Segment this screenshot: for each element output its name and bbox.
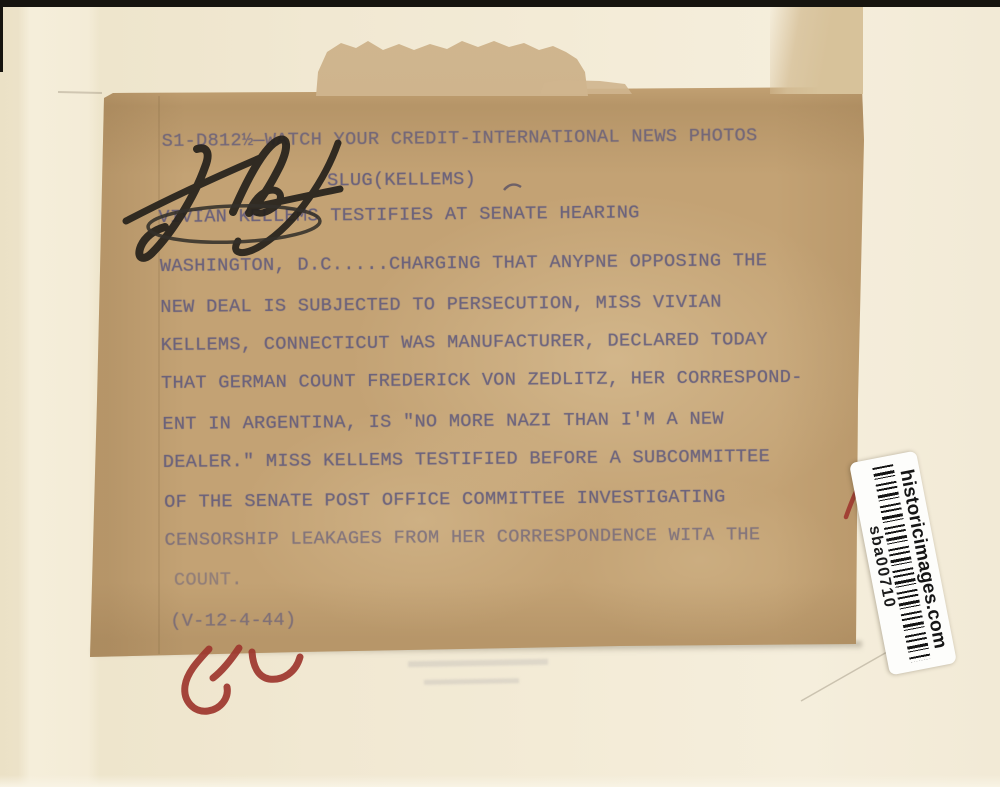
caption-line: OF THE SENATE POST OFFICE COMMITTEE INVE…	[164, 487, 726, 513]
typed-caption: S1-D812½—WATCH YOUR CREDIT-INTERNATIONAL…	[0, 0, 1000, 787]
caption-line: DEALER." MISS KELLEMS TESTIFIED BEFORE A…	[163, 446, 770, 473]
caption-line: NEW DEAL IS SUBJECTED TO PERSECUTION, MI…	[160, 292, 722, 318]
caption-line: SLUG(KELLEMS)	[327, 169, 476, 191]
caption-line: COUNT.	[174, 569, 243, 591]
scan-root: S1-D812½—WATCH YOUR CREDIT-INTERNATIONAL…	[0, 0, 1000, 787]
caption-line: THAT GERMAN COUNT FREDERICK VON ZEDLITZ,…	[161, 367, 803, 394]
scan-edge-top	[0, 0, 1000, 7]
scan-edge-left	[0, 0, 3, 72]
caption-line: VIVIAN KELLEMS TESTIFIES AT SENATE HEARI…	[158, 202, 639, 228]
caption-line: (V-12-4-44)	[170, 610, 296, 632]
caption-line: KELLEMS, CONNECTICUT WAS MANUFACTURER, D…	[161, 329, 768, 356]
caption-line: ENT IN ARGENTINA, IS "NO MORE NAZI THAN …	[162, 409, 724, 435]
caption-line: CENSORSHIP LEAKAGES FROM HER CORRESPONDE…	[164, 524, 760, 551]
caption-line: WASHINGTON, D.C.....CHARGING THAT ANYPNE…	[160, 250, 767, 277]
scan-edge-bottom	[0, 775, 1000, 787]
caption-line: S1-D812½—WATCH YOUR CREDIT-INTERNATIONAL…	[162, 125, 758, 152]
